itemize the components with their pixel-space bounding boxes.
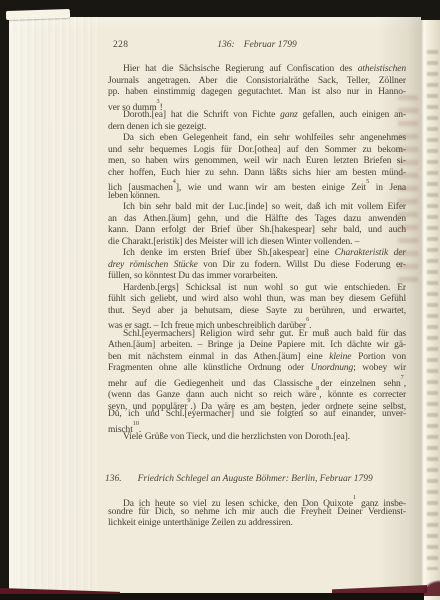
text-segment: ], wie und wann wir am besten einige Zei… (176, 183, 366, 193)
text-line: thut. Seyd aber ja behutsam, diese Sayte… (108, 306, 406, 318)
text-segment: ; wobey wir (353, 363, 406, 373)
text-line: Ich denke im ersten Brief über Sh.[akesp… (108, 248, 406, 260)
page-edge-highlight (6, 9, 70, 20)
text-line: seyn, und populärer9.) Da wäre es am bes… (108, 398, 406, 410)
text-line: lich [ausmachen4], wie und wann wir am b… (108, 179, 406, 191)
text-segment: gefallen, auch einigen an- (298, 110, 406, 120)
text-segment: Ich denke im ersten Brief über Sh.[akesp… (123, 248, 335, 258)
footnote-marker: 8 (316, 385, 319, 392)
footnote-marker: 5 (366, 178, 369, 185)
text-line: Journals angetragen. Aber die Consistori… (108, 76, 406, 88)
text-segment: kleine (329, 352, 351, 362)
text-segment: pp. haben einstimmig dagegen gegutachtet… (108, 87, 406, 97)
text-segment: füllen, so könntest Du das immer vorarbe… (108, 271, 278, 281)
text-segment: Ich bin sehr bald mit der Luc.[inde] so … (123, 202, 406, 212)
ink-showthrough-smudges (398, 95, 418, 285)
text-line: Doroth.[ea] hat die Schrift von Fichte g… (108, 110, 406, 122)
text-line: Da ich heute so viel zu lesen schicke, d… (108, 495, 406, 507)
text-line: füllen, so könntest Du das immer vorarbe… (108, 271, 406, 283)
text-line: cher hoffen, Euch hier zu sehn. Dann läß… (108, 168, 406, 180)
text-line: Fragmenten ohne alle künstliche Ordnung … (108, 363, 406, 375)
page-edge-striations (11, 17, 97, 593)
text-segment: Charakteristik der (335, 248, 406, 258)
text-line: kann. Dann erfolgt der Brief über Sh.[ha… (108, 225, 406, 237)
running-header-date: Februar 1799 (244, 40, 297, 50)
text-line: Viele Grüße von Tieck, und die herzlichs… (108, 432, 406, 444)
running-header: 136:Februar 1799 (108, 40, 406, 50)
section-heading-number: 136. (105, 474, 122, 484)
text-segment: ben mit nächstem einmal in das Athen.[äu… (108, 352, 329, 362)
footnote-marker: 10 (133, 420, 139, 427)
text-line: men, so haben wirs genommen, weil wir na… (108, 156, 406, 168)
ghost-text-column (427, 50, 438, 570)
text-segment: drey römischen Stücke (108, 260, 198, 270)
text-line: Hier hat die Sächsische Regierung auf Co… (108, 64, 406, 76)
text-segment: Portion von (351, 352, 406, 362)
footnote-marker: 9 (187, 397, 190, 404)
footnote-marker: 1 (353, 494, 356, 501)
text-segment: Hardenb.[ergs] Schicksal ist nun wohl so… (123, 283, 406, 293)
text-segment: leben können. (108, 191, 160, 201)
text-line: drey römischen Stücke von Dir zu fodern.… (108, 260, 406, 272)
page-header: 228 136:Februar 1799 (108, 40, 406, 52)
text-line: (wenn das Ganze dann auch nicht so reich… (108, 386, 406, 398)
letter-135-body-text: Hier hat die Sächsische Regierung auf Co… (108, 64, 406, 444)
text-segment: fühlt sich geliebt, und wird also wohl t… (108, 294, 406, 304)
text-segment: und sehr bequemes Logis für Dor.[othea] … (108, 145, 406, 155)
text-segment: sondre für Dich, so nehme ich mir auch d… (108, 507, 406, 517)
text-segment: lichkeit einige unterthänige Zeilen zu a… (108, 518, 293, 528)
text-line: mischt10. (108, 421, 406, 433)
text-segment: von Dir zu fodern. Willst Du diese Foder… (198, 260, 406, 270)
text-segment: die Charakt.[eristik] des Meister will i… (108, 237, 359, 247)
text-line: Schl.[eyermachers] Religion wird sehr gu… (108, 329, 406, 341)
text-segment: dern denen ich sie gezeigt. (108, 122, 206, 132)
book-page: 228 136:Februar 1799 Hier hat die Sächsi… (9, 17, 421, 593)
section-heading-title: Friedrich Schlegel an Auguste Böhmer: Be… (138, 474, 373, 484)
section-heading: 136.Friedrich Schlegel an Auguste Böhmer… (105, 474, 411, 486)
footnote-marker: 6 (306, 316, 309, 323)
text-segment: an das Athen.[äum] gehn, und die Hälfte … (108, 214, 406, 224)
text-segment: Athen.[äum] arbeiten. – Bringe ja Deine … (108, 340, 406, 350)
text-line: Du, ich und Schl.[eyermacher] und sie fo… (108, 409, 406, 421)
scan-background-bottom (0, 593, 424, 600)
text-segment: Doroth.[ea] hat die Schrift von Fichte (123, 110, 280, 120)
text-segment: Da sich eben Gelegenheit fand, ein sehr … (123, 133, 406, 143)
text-line: pp. haben einstimmig dagegen gegutachtet… (108, 87, 406, 99)
text-line: Hardenb.[ergs] Schicksal ist nun wohl so… (108, 283, 406, 295)
text-line: sondre für Dich, so nehme ich mir auch d… (108, 507, 406, 519)
text-line: mehr auf die Gediegenheit und das Classi… (108, 375, 406, 387)
text-segment: Journals angetragen. Aber die Consistori… (108, 76, 406, 86)
text-segment: Fragmenten ohne alle künstliche Ordnung … (108, 363, 311, 373)
text-line: an das Athen.[äum] gehn, und die Hälfte … (108, 214, 406, 226)
running-header-number: 136: (217, 40, 234, 50)
text-segment: Hier hat die Sächsische Regierung auf Co… (123, 64, 358, 74)
text-segment: atheistischen (358, 64, 406, 74)
text-segment: ganz (280, 110, 298, 120)
text-line: Athen.[äum] arbeiten. – Bringe ja Deine … (108, 340, 406, 352)
text-line: und sehr bequemes Logis für Dor.[othea] … (108, 145, 406, 157)
text-line: Da sich eben Gelegenheit fand, ein sehr … (108, 133, 406, 145)
text-line: was er sagt. – Ich freue mich unbeschrei… (108, 317, 406, 329)
text-segment: thut. Seyd aber ja behutsam, diese Sayte… (108, 306, 406, 316)
text-line: ver so dumm3! (108, 99, 406, 111)
text-line: ben mit nächstem einmal in das Athen.[äu… (108, 352, 406, 364)
text-segment: kann. Dann erfolgt der Brief über Sh.[ha… (108, 225, 406, 235)
book-gutter (421, 20, 440, 600)
text-segment: Unordnung (311, 363, 354, 373)
text-line: Ich bin sehr bald mit der Luc.[inde] so … (108, 202, 406, 214)
text-line: dern denen ich sie gezeigt. (108, 122, 406, 134)
letter-136-body-text: Da ich heute so viel zu lesen schicke, d… (108, 495, 406, 530)
footnote-marker: 3 (157, 98, 160, 105)
footnote-marker: 4 (173, 178, 176, 185)
text-line: die Charakt.[eristik] des Meister will i… (108, 237, 406, 249)
text-segment: men, so haben wirs genommen, weil wir na… (108, 156, 406, 166)
text-line: fühlt sich geliebt, und wird also wohl t… (108, 294, 406, 306)
footnote-marker: 7 (401, 374, 404, 381)
text-segment: Viele Grüße von Tieck, und die herzlichs… (123, 432, 350, 442)
text-segment: Du, ich und Schl.[eyermacher] und sie fo… (108, 409, 406, 419)
text-segment: cher hoffen, Euch hier zu sehn. Dann läß… (108, 168, 406, 178)
text-segment: Schl.[eyermachers] Religion wird sehr gu… (123, 329, 406, 339)
text-line: lichkeit einige unterthänige Zeilen zu a… (108, 518, 406, 530)
